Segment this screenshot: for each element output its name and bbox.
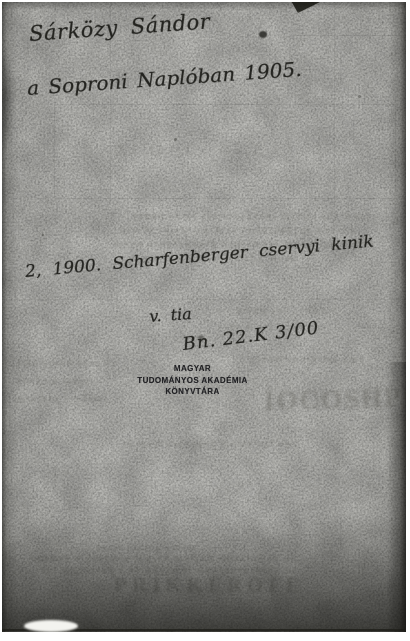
ink-speck	[198, 335, 204, 341]
scanned-page: 5 X O C B E I U venka vutty emelezakeret…	[2, 2, 406, 632]
library-stamp: MAGYAR TUDOMÁNYOS AKADÉMIA KÖNYVTÁRA	[120, 363, 265, 398]
ink-speck	[42, 234, 44, 236]
scan-edge-shadow-bottom	[2, 514, 406, 632]
scan-light-flare	[24, 620, 78, 632]
paper-crease	[2, 299, 406, 300]
ink-speck	[259, 31, 267, 38]
scan-edge-shadow-left-blob	[2, 50, 13, 150]
ink-speck	[174, 138, 177, 141]
stamp-line-1: MAGYAR	[120, 363, 265, 375]
bleedthrough-table-outline	[54, 104, 396, 199]
stamp-line-3: KÖNYVTÁRA	[120, 386, 265, 398]
ink-speck	[358, 95, 361, 98]
scan-frame: 5 X O C B E I U venka vutty emelezakeret…	[0, 0, 410, 641]
stamp-line-2: TUDOMÁNYOS AKADÉMIA	[120, 375, 265, 387]
handwriting-small-note: v. tia	[149, 304, 193, 326]
paper-crease	[334, 2, 335, 208]
scan-edge-shadow-top	[2, 2, 406, 10]
